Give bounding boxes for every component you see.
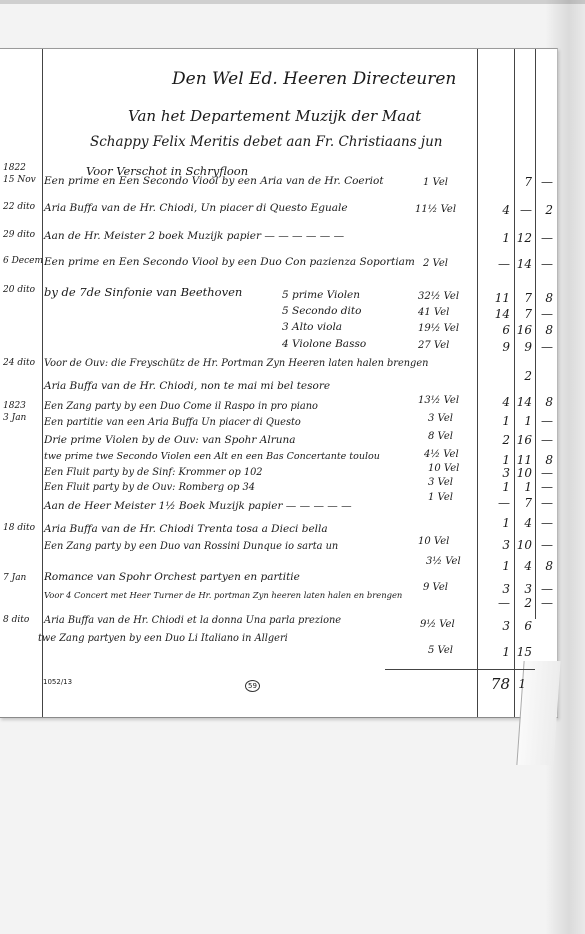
entry-amount-a: 1 <box>480 231 510 245</box>
entry-date: 6 Decem <box>3 256 43 266</box>
scan-top-edge <box>0 0 585 4</box>
entry-amount-a: 3 <box>480 538 510 552</box>
total-amount-a: 78 <box>480 675 510 693</box>
entry-qty: 5 Vel <box>428 645 453 656</box>
entry-amount-a: 3 <box>480 619 510 633</box>
entry-text: Aria Buffa van de Hr. Chiodi, Un piacer … <box>44 202 348 214</box>
entry-date: 1823 <box>3 401 26 411</box>
entry-date: 22 dito <box>3 202 35 212</box>
entry-amount-a: 3 <box>480 466 510 480</box>
entry-amount-b: 15 <box>516 645 532 659</box>
entry-amount-c: — <box>537 175 553 189</box>
part-text: 5 Secondo dito <box>282 305 361 317</box>
entry-date: 1822 <box>3 163 26 173</box>
heading-line-3: Schappy Felix Meritis debet aan Fr. Chri… <box>90 134 443 150</box>
entry-amount-c: — <box>537 480 553 494</box>
entry-amount-b: 14 <box>516 395 532 409</box>
folio-number: 59 <box>245 680 260 692</box>
entry-text: Aria Buffa van de Hr. Chiodi et la donna… <box>44 615 341 626</box>
heading-line-2: Van het Departement Muzijk der Maat <box>128 107 421 125</box>
entry-amount-b: 1 <box>516 480 532 494</box>
entry-text: Een Fluit party by de Sinf: Krommer op 1… <box>44 467 263 478</box>
entry-amount-c: 8 <box>537 453 553 467</box>
entry-amount-b: 2 <box>516 369 532 383</box>
part-text: 5 prime Violen <box>282 289 360 301</box>
part-amount-b: 7 <box>516 291 532 305</box>
part-qty: 19½ Vel <box>418 323 459 334</box>
entry-text: Voor de Ouv: die Freyschütz de Hr. Portm… <box>44 358 428 369</box>
entry-qty: 10 Vel <box>418 536 449 547</box>
part-text: 3 Alto viola <box>282 321 342 333</box>
entry-amount-c: — <box>537 582 553 596</box>
entry-amount-a: — <box>480 596 510 610</box>
entry-amount-b: 7 <box>516 175 532 189</box>
entry-amount-c: — <box>537 414 553 428</box>
entry-amount-a: 1 <box>480 559 510 573</box>
entry-amount-b: 10 <box>516 538 532 552</box>
entry-amount-a: 2 <box>480 433 510 447</box>
entry-amount-b: 4 <box>516 516 532 530</box>
entry-amount-a: 1 <box>480 516 510 530</box>
entry-amount-a: 1 <box>480 480 510 494</box>
entry-amount-c: — <box>537 466 553 480</box>
entry-text: Aan de Hr. Meister 2 boek Muzijk papier … <box>44 230 344 242</box>
heading-line-1: Den Wel Ed. Heeren Directeuren <box>172 69 456 89</box>
entry-amount-b: 10 <box>516 466 532 480</box>
entry-text: Aria Buffa van de Hr. Chiodi, non te mai… <box>44 380 330 392</box>
entry-text: Een Zang party by een Duo Come il Raspo … <box>44 401 318 412</box>
entry-qty: 1 Vel <box>428 492 453 503</box>
entry-amount-a: 1 <box>480 645 510 659</box>
entry-amount-c: — <box>537 596 553 610</box>
entry-amount-c: — <box>537 538 553 552</box>
entry-amount-c: — <box>537 433 553 447</box>
entry-text: Aan de Heer Meister 1½ Boek Muzijk papie… <box>44 500 352 512</box>
part-amount-c: — <box>537 307 553 321</box>
entry-qty: 3 Vel <box>428 477 453 488</box>
entry-text: Voor 4 Concert met Heer Turner de Hr. po… <box>44 590 402 600</box>
entry-text: twe Zang partyen by een Duo Li Italiano … <box>38 633 288 644</box>
entry-date: 24 dito <box>3 358 35 368</box>
entry-qty: 2 Vel <box>423 258 448 269</box>
part-amount-a: 14 <box>480 307 510 321</box>
ledger-page: Den Wel Ed. Heeren Directeuren Van het D… <box>0 48 558 718</box>
part-amount-c: 8 <box>537 323 553 337</box>
entry-qty: 13½ Vel <box>418 395 459 406</box>
entry-amount-b: 11 <box>516 453 532 467</box>
total-rule <box>385 669 535 670</box>
entry-amount-b: 3 <box>516 582 532 596</box>
entry-qty: 8 Vel <box>428 431 453 442</box>
entry-qty: 11½ Vel <box>415 204 456 215</box>
entry-amount-c: — <box>537 516 553 530</box>
entry-date: 18 dito <box>3 523 35 533</box>
entry-text: Een prime en Een Secondo Viool by een Ar… <box>44 175 384 187</box>
entry-amount-a: — <box>480 257 510 271</box>
entry-qty: 4½ Vel <box>424 449 459 460</box>
entry-qty: 9½ Vel <box>420 619 455 630</box>
entry-qty: 1 Vel <box>423 177 448 188</box>
entry-text: Een Zang party by een Duo van Rossini Du… <box>44 541 338 552</box>
entry-amount-a: 1 <box>480 414 510 428</box>
entry-date: 29 dito <box>3 230 35 240</box>
part-amount-b: 7 <box>516 307 532 321</box>
entry-text: Een prime en Een Secondo Viool by een Du… <box>44 256 415 268</box>
entry-amount-c: — <box>537 257 553 271</box>
margin-rule <box>42 49 43 717</box>
entry-date: 20 dito <box>3 285 35 295</box>
part-amount-a: 6 <box>480 323 510 337</box>
entry-amount-a: — <box>480 496 510 510</box>
total-amount-b: 1 <box>516 677 526 691</box>
entry-amount-b: 14 <box>516 257 532 271</box>
entry-text: by de 7de Sinfonie van Beethoven <box>44 285 242 299</box>
part-amount-c: 8 <box>537 291 553 305</box>
part-amount-b: 9 <box>516 340 532 354</box>
entry-text: Een partitie van een Aria Buffa Un piace… <box>44 417 301 428</box>
part-amount-c: — <box>537 340 553 354</box>
entry-amount-b: 16 <box>516 433 532 447</box>
entry-date: 15 Nov <box>3 175 36 185</box>
entry-amount-b: 7 <box>516 496 532 510</box>
archive-reference: 1052/13 <box>43 678 72 686</box>
part-qty: 41 Vel <box>418 307 449 318</box>
column-rule-1 <box>477 49 478 717</box>
entry-amount-a: 4 <box>480 203 510 217</box>
entry-text: Drie prime Violen by de Ouv: van Spohr A… <box>44 434 296 446</box>
column-rule-2 <box>514 49 515 717</box>
entry-text: Een Fluit party by de Ouv: Romberg op 34 <box>44 482 255 493</box>
entry-date: 7 Jan <box>3 573 26 583</box>
part-amount-a: 11 <box>480 291 510 305</box>
part-amount-b: 16 <box>516 323 532 337</box>
entry-amount-c: 8 <box>537 559 553 573</box>
entry-qty: 10 Vel <box>428 463 459 474</box>
entry-date: 8 dito <box>3 615 29 625</box>
entry-text: twe prime twe Secondo Violen een Alt en … <box>44 451 380 462</box>
entry-amount-b: — <box>516 203 532 217</box>
part-text: 4 Violone Basso <box>282 338 366 350</box>
entry-text: Aria Buffa van de Hr. Chiodi Trenta tosa… <box>44 523 328 535</box>
entry-amount-a: 1 <box>480 453 510 467</box>
entry-date: 3 Jan <box>3 413 26 423</box>
entry-qty: 3½ Vel <box>426 556 461 567</box>
entry-amount-c: — <box>537 231 553 245</box>
entry-qty: 9 Vel <box>423 582 448 593</box>
part-amount-a: 9 <box>480 340 510 354</box>
entry-amount-c: 8 <box>537 395 553 409</box>
entry-amount-b: 6 <box>516 619 532 633</box>
part-qty: 27 Vel <box>418 340 449 351</box>
entry-amount-b: 4 <box>516 559 532 573</box>
entry-qty: 3 Vel <box>428 413 453 424</box>
entry-amount-a: 3 <box>480 582 510 596</box>
entry-amount-b: 2 <box>516 596 532 610</box>
part-qty: 32½ Vel <box>418 291 459 302</box>
entry-amount-b: 1 <box>516 414 532 428</box>
column-rule-3 <box>535 49 536 619</box>
entry-amount-c: — <box>537 496 553 510</box>
entry-amount-b: 12 <box>516 231 532 245</box>
entry-text: Romance van Spohr Orchest partyen en par… <box>44 571 300 583</box>
entry-amount-a: 4 <box>480 395 510 409</box>
entry-amount-c: 2 <box>537 203 553 217</box>
